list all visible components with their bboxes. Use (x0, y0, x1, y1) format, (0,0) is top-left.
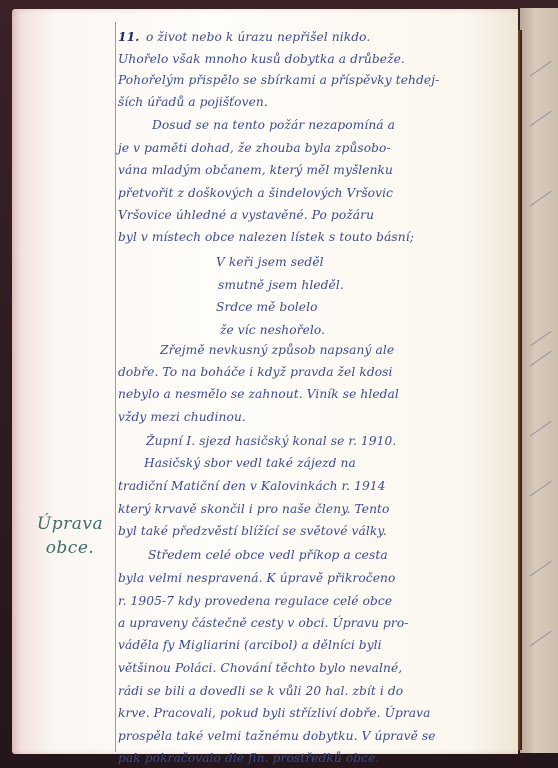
bleed-through-stroke (530, 351, 552, 368)
text-line: váděla fy Migliarini (arcibol) a dělníci… (118, 633, 382, 657)
margin-note: Úprava obce. (30, 512, 110, 560)
bleed-through-stroke (530, 61, 552, 78)
margin-note-line: obce. (30, 536, 110, 560)
text-line: Zřejmě nevkusný způsob napsaný ale (160, 338, 394, 362)
text-line: Pohořelým přispělo se sbírkami a příspěv… (118, 68, 439, 92)
text-line: pak pokračovalo dle fin. prostředků obce… (118, 746, 379, 768)
margin-note-line: Úprava (30, 512, 110, 536)
bleed-through-stroke (530, 331, 552, 348)
text-line: Srdce mě bolelo (216, 295, 318, 319)
text-line: a upraveny částečně cesty v obci. Úpravu… (118, 611, 408, 635)
text-line: prospěla také velmi tažnému dobytku. V ú… (118, 724, 436, 748)
text-line: nebylo a nesmělo se zahnout. Viník se hl… (118, 382, 399, 406)
text-line: Středem celé obce vedl příkop a cesta (148, 543, 388, 567)
chronicle-page: Úprava obce. 11. o život nebo k úrazu ne… (12, 9, 518, 754)
text-line: byl v místech obce nalezen lístek s tout… (118, 225, 414, 249)
text-line: smutně jsem hleděl. (218, 273, 344, 297)
text-line: je v paměti dohad, že zhouba byla způsob… (118, 136, 391, 160)
bleed-through-stroke (530, 561, 552, 578)
text-line: rádi se bili a dovedli se k vůli 20 hal.… (118, 679, 403, 703)
text-line: byl také předzvěstí blížící se světové v… (118, 519, 387, 543)
text-line: Dosud se na tento požár nezapomíná a (152, 113, 395, 137)
text-line: V keři jsem seděl (216, 250, 324, 274)
bleed-through-stroke (530, 191, 552, 208)
text-line: Hasičský sbor vedl také zájezd na (144, 451, 356, 475)
text-line: Župní I. sjezd hasičský konal se r. 1910… (146, 429, 396, 453)
margin-line (115, 22, 116, 752)
text-line: vždy mezi chudinou. (118, 405, 246, 429)
bleed-through-stroke (530, 631, 552, 648)
bleed-through-stroke (530, 481, 552, 498)
text-line: přetvořit z doškových a šindelových Vršo… (118, 181, 393, 205)
text-line: většinou Poláci. Chování těchto bylo nev… (118, 656, 402, 680)
text-line: který krvavě skončil i pro naše členy. T… (118, 497, 389, 521)
text-line: ších úřadů a pojišťoven. (118, 90, 268, 114)
text-line: dobře. To na boháče i když pravda žel kd… (118, 360, 393, 384)
bleed-through-stroke (530, 111, 552, 128)
next-page-edge (520, 8, 558, 753)
text-line: Vršovice úhledné a vystavěné. Po požáru (118, 203, 374, 227)
text-line: byla velmi nespravená. K úpravě přikroče… (118, 566, 395, 590)
bleed-through-stroke (530, 421, 552, 438)
text-line: krve. Pracovali, pokud byli střízliví do… (118, 701, 431, 725)
text-line: vána mladým občanem, který měl myšlenku (118, 158, 393, 182)
page-number: 11. (118, 25, 140, 49)
text-line: r. 1905-7 kdy provedena regulace celé ob… (118, 589, 392, 613)
text-line: tradiční Matiční den v Kalovinkách r. 19… (118, 474, 386, 498)
text-line: o život nebo k úrazu nepřišel nikdo. (146, 25, 370, 49)
